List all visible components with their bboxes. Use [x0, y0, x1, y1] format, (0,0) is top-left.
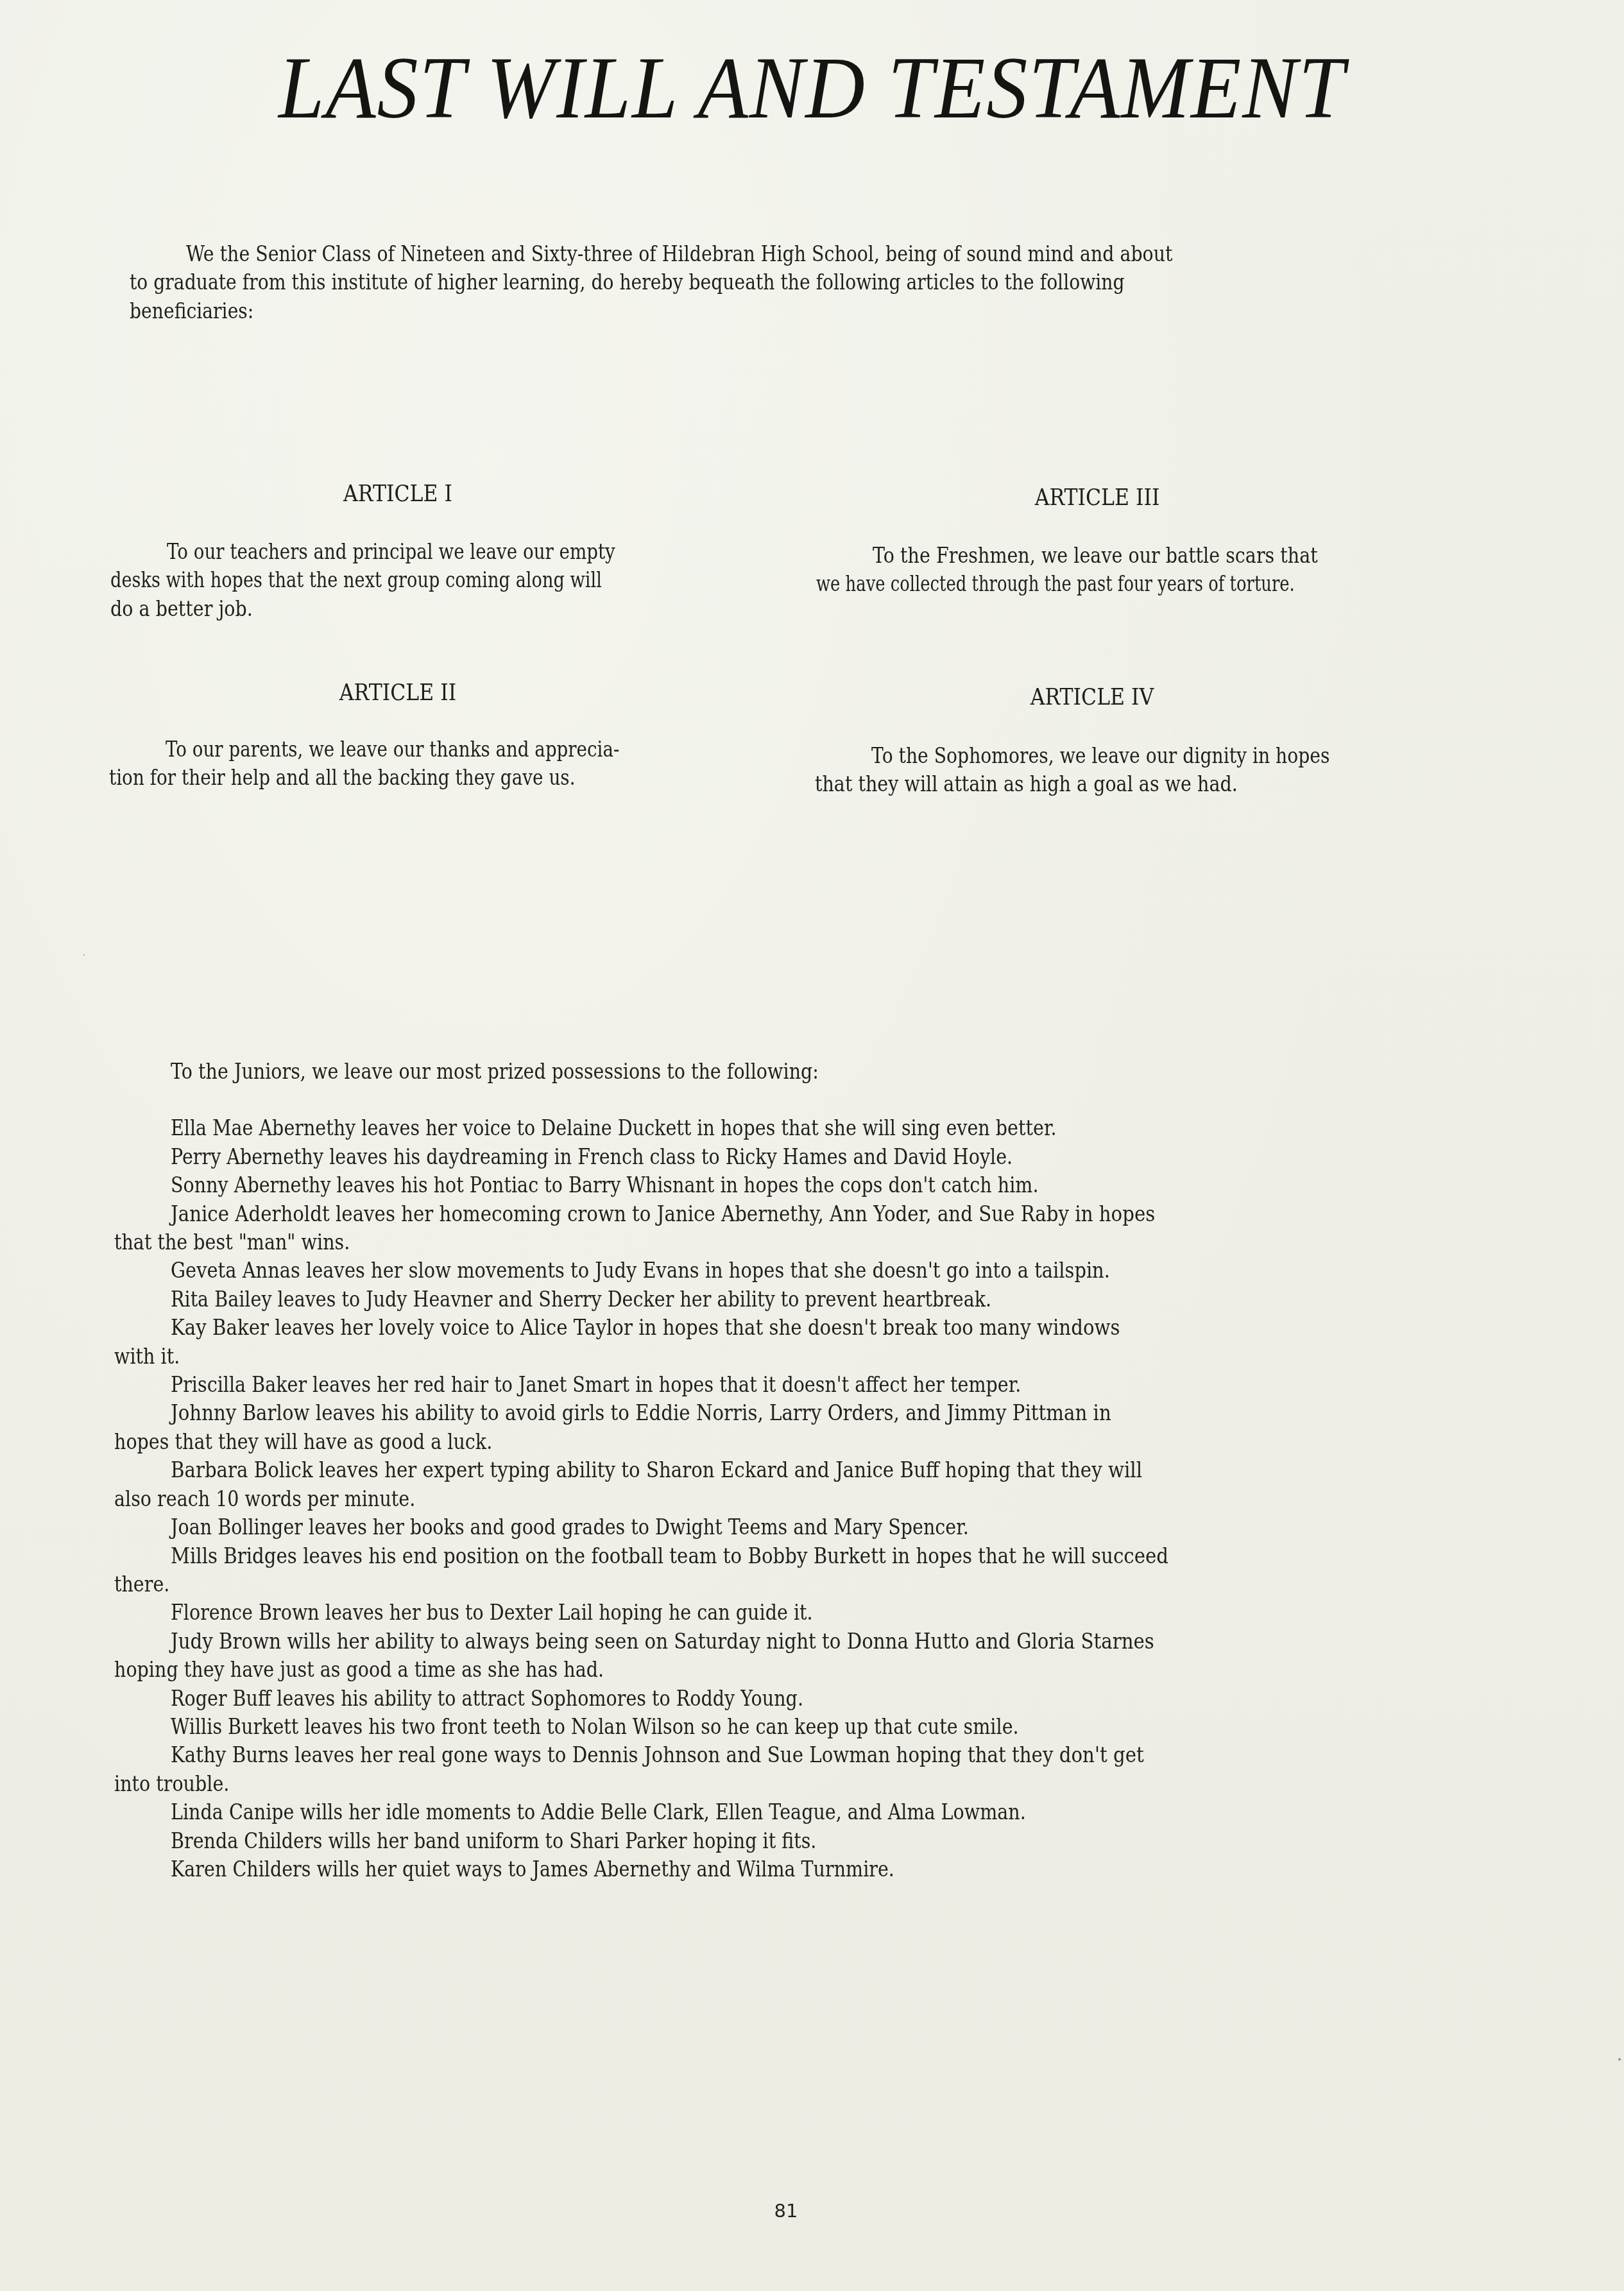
intro-line-text: We the Senior Class of Nineteen and Sixt…	[186, 240, 1270, 268]
article-line-text: To the Sophomores, we leave our dignity …	[871, 742, 1389, 770]
article-line-text: do a better job.	[110, 595, 681, 623]
juniors-intro: To the Juniors, we leave our most prized…	[114, 1058, 1474, 1086]
bequest-line: Kay Baker leaves her lovely voice to Ali…	[114, 1314, 1474, 1342]
bequest-line: Sonny Abernethy leaves his hot Pontiac t…	[114, 1171, 1474, 1199]
article-line: tion for their help and all the backing …	[109, 764, 789, 792]
page-number: 81	[770, 2200, 802, 2222]
bequest-line-text: that the best "man" wins.	[114, 1228, 1257, 1257]
juniors-section: To the Juniors, we leave our most prized…	[114, 1058, 1474, 1883]
bequest-line-text: Judy Brown wills her ability to always b…	[171, 1627, 1292, 1656]
intro-line: We the Senior Class of Nineteen and Sixt…	[130, 240, 1484, 268]
bequest-line-text: Florence Brown leaves her bus to Dexter …	[171, 1599, 1266, 1627]
bequest-line: with it.	[114, 1343, 1474, 1371]
bequest-item: Kathy Burns leaves her real gone ways to…	[114, 1741, 1474, 1798]
article-3-body: To the Freshmen, we leave our battle sca…	[816, 542, 1496, 599]
bequest-line-text: Willis Burkett leaves his two front teet…	[171, 1713, 1266, 1741]
bequest-item: Geveta Annas leaves her slow movements t…	[114, 1257, 1474, 1285]
bequest-item: Kay Baker leaves her lovely voice to Ali…	[114, 1314, 1474, 1371]
bequest-line: there.	[114, 1570, 1474, 1599]
bequest-line: Mills Bridges leaves his end position on…	[114, 1542, 1474, 1570]
bequest-line-text: Barbara Bolick leaves her expert typing …	[171, 1456, 1292, 1484]
bequest-line-text: Janice Aderholdt leaves her homecoming c…	[171, 1200, 1292, 1228]
bequest-line: hoping they have just as good a time as …	[114, 1656, 1474, 1684]
bequest-line-text: Sonny Abernethy leaves his hot Pontiac t…	[171, 1171, 1266, 1199]
bequest-line: Brenda Childers wills her band uniform t…	[114, 1827, 1474, 1855]
bequest-line-text: Roger Buff leaves his ability to attract…	[171, 1685, 1266, 1713]
bequest-line-text: Rita Bailey leaves to Judy Heavner and S…	[171, 1285, 1266, 1314]
article-line-text: To our teachers and principal we leave o…	[167, 538, 675, 566]
yearbook-page: LAST WILL AND TESTAMENT We the Senior Cl…	[0, 0, 1624, 2291]
scan-speck	[1618, 2058, 1621, 2061]
bequest-item: Rita Bailey leaves to Judy Heavner and S…	[114, 1285, 1474, 1314]
bequest-line: Janice Aderholdt leaves her homecoming c…	[114, 1200, 1474, 1228]
article-line: To the Freshmen, we leave our battle sca…	[816, 542, 1496, 570]
intro-line-text: beneficiaries:	[130, 297, 1254, 325]
bequest-line: Priscilla Baker leaves her red hair to J…	[114, 1371, 1474, 1399]
bequest-line: Geveta Annas leaves her slow movements t…	[114, 1257, 1474, 1285]
article-1-body: To our teachers and principal we leave o…	[110, 538, 791, 623]
bequest-line: Johnny Barlow leaves his ability to avoi…	[114, 1399, 1474, 1427]
article-line-text: To our parents, we leave our thanks and …	[166, 735, 674, 764]
bequest-item: Willis Burkett leaves his two front teet…	[114, 1713, 1474, 1741]
article-line-text: we have collected through the past four …	[816, 570, 1333, 598]
article-line-text: To the Freshmen, we leave our battle sca…	[873, 542, 1396, 570]
bequest-line-text: with it.	[114, 1343, 1257, 1371]
intro-line: beneficiaries:	[130, 297, 1484, 325]
bequest-item: Florence Brown leaves her bus to Dexter …	[114, 1599, 1474, 1627]
scan-speck	[83, 954, 85, 956]
bequest-item: Sonny Abernethy leaves his hot Pontiac t…	[114, 1171, 1474, 1199]
intro-line-text: to graduate from this institute of highe…	[130, 268, 1254, 296]
bequest-item: Barbara Bolick leaves her expert typing …	[114, 1456, 1474, 1513]
bequest-line: Joan Bollinger leaves her books and good…	[114, 1513, 1474, 1541]
bequest-list: Ella Mae Abernethy leaves her voice to D…	[114, 1114, 1474, 1883]
article-line: that they will attain as high a goal as …	[815, 770, 1495, 798]
bequest-item: Roger Buff leaves his ability to attract…	[114, 1685, 1474, 1713]
bequest-item: Linda Canipe wills her idle moments to A…	[114, 1798, 1474, 1826]
article-line: we have collected through the past four …	[816, 570, 1496, 598]
bequest-line: into trouble.	[114, 1770, 1474, 1798]
article-2-heading: ARTICLE II	[282, 679, 513, 707]
article-3-heading: ARTICLE III	[982, 484, 1213, 512]
bequest-line-text: Kathy Burns leaves her real gone ways to…	[171, 1741, 1292, 1769]
bequest-item: Judy Brown wills her ability to always b…	[114, 1627, 1474, 1685]
article-2-body: To our parents, we leave our thanks and …	[109, 735, 789, 793]
bequest-line: Barbara Bolick leaves her expert typing …	[114, 1456, 1474, 1484]
bequest-line: hopes that they will have as good a luck…	[114, 1428, 1474, 1456]
bequest-line-text: there.	[114, 1570, 1257, 1599]
bequest-line: Karen Childers wills her quiet ways to J…	[114, 1855, 1474, 1883]
bequest-item: Ella Mae Abernethy leaves her voice to D…	[114, 1114, 1474, 1142]
bequest-line: that the best "man" wins.	[114, 1228, 1474, 1257]
bequest-item: Johnny Barlow leaves his ability to avoi…	[114, 1399, 1474, 1456]
bequest-line: Linda Canipe wills her idle moments to A…	[114, 1798, 1474, 1826]
bequest-line-text: Johnny Barlow leaves his ability to avoi…	[171, 1399, 1292, 1427]
bequest-line: Judy Brown wills her ability to always b…	[114, 1627, 1474, 1656]
bequest-line-text: Brenda Childers wills her band uniform t…	[171, 1827, 1266, 1855]
bequest-line: Florence Brown leaves her bus to Dexter …	[114, 1599, 1474, 1627]
article-1-heading: ARTICLE I	[282, 480, 513, 508]
intro-paragraph: We the Senior Class of Nineteen and Sixt…	[130, 240, 1484, 325]
bequest-item: Perry Abernethy leaves his daydreaming i…	[114, 1143, 1474, 1171]
bequest-line-text: Priscilla Baker leaves her red hair to J…	[171, 1371, 1266, 1399]
article-line-text: that they will attain as high a goal as …	[815, 770, 1386, 798]
bequest-line: Rita Bailey leaves to Judy Heavner and S…	[114, 1285, 1474, 1314]
bequest-line: also reach 10 words per minute.	[114, 1485, 1474, 1513]
bequest-line-text: Geveta Annas leaves her slow movements t…	[171, 1257, 1279, 1285]
bequest-line: Willis Burkett leaves his two front teet…	[114, 1713, 1474, 1741]
bequest-line-text: Kay Baker leaves her lovely voice to Ali…	[171, 1314, 1292, 1342]
intro-line: to graduate from this institute of highe…	[130, 268, 1484, 296]
bequest-item: Joan Bollinger leaves her books and good…	[114, 1513, 1474, 1541]
bequest-line: Ella Mae Abernethy leaves her voice to D…	[114, 1114, 1474, 1142]
article-line: do a better job.	[110, 595, 791, 623]
article-line: desks with hopes that the next group com…	[110, 566, 791, 594]
bequest-line-text: hopes that they will have as good a luck…	[114, 1428, 1257, 1456]
bequest-line-text: Ella Mae Abernethy leaves her voice to D…	[171, 1114, 1266, 1142]
bequest-item: Mills Bridges leaves his end position on…	[114, 1542, 1474, 1599]
bequest-line-text: Linda Canipe wills her idle moments to A…	[171, 1798, 1266, 1826]
bequest-line-text: into trouble.	[114, 1770, 1257, 1798]
bequest-line: Perry Abernethy leaves his daydreaming i…	[114, 1143, 1474, 1171]
bequest-item: Karen Childers wills her quiet ways to J…	[114, 1855, 1474, 1883]
bequest-line-text: hoping they have just as good a time as …	[114, 1656, 1257, 1684]
bequest-line-text: also reach 10 words per minute.	[114, 1485, 1257, 1513]
bequest-line: Kathy Burns leaves her real gone ways to…	[114, 1741, 1474, 1769]
bequest-line-text: Mills Bridges leaves his end position on…	[171, 1542, 1292, 1570]
article-line: To our parents, we leave our thanks and …	[109, 735, 789, 764]
article-4-heading: ARTICLE IV	[977, 683, 1208, 712]
article-4-body: To the Sophomores, we leave our dignity …	[815, 742, 1495, 799]
bequest-line: Roger Buff leaves his ability to attract…	[114, 1685, 1474, 1713]
article-line: To our teachers and principal we leave o…	[110, 538, 791, 566]
bequest-line-text: Perry Abernethy leaves his daydreaming i…	[171, 1143, 1266, 1171]
bequest-line-text: Karen Childers wills her quiet ways to J…	[171, 1855, 1266, 1883]
bequest-line-text: Joan Bollinger leaves her books and good…	[171, 1513, 1266, 1541]
juniors-intro-text: To the Juniors, we leave our most prized…	[171, 1058, 1266, 1086]
article-line-text: tion for their help and all the backing …	[109, 764, 667, 792]
page-title: LAST WILL AND TESTAMENT	[57, 40, 1568, 136]
bequest-item: Priscilla Baker leaves her red hair to J…	[114, 1371, 1474, 1399]
article-line-text: desks with hopes that the next group com…	[110, 566, 654, 594]
bequest-item: Brenda Childers wills her band uniform t…	[114, 1827, 1474, 1855]
article-line: To the Sophomores, we leave our dignity …	[815, 742, 1495, 770]
bequest-item: Janice Aderholdt leaves her homecoming c…	[114, 1200, 1474, 1257]
